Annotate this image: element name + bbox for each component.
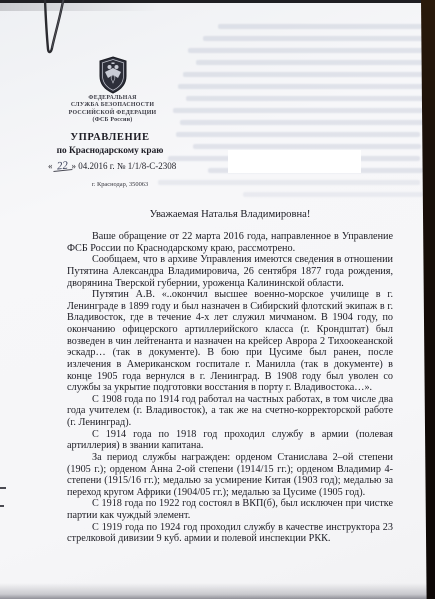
paperclip-icon [38,0,72,64]
org-line: СЛУЖБА БЕЗОПАСНОСТИ [40,102,185,109]
city-postcode-line: г. Краснодар, 350063 [50,181,190,188]
paragraph: С 1918 года по 1922 год состоял в ВКП(б)… [67,498,393,521]
bleedthrough-text [148,24,430,238]
fsb-emblem-icon [98,56,128,94]
scan-artifact [0,487,6,489]
scan-right-edge [421,0,435,599]
paragraph: Сообщаем, что в архиве Управления имеютс… [67,254,393,289]
scan-artifact [0,505,4,507]
paragraph: Ваше обращение от 22 марта 2016 года, на… [67,231,393,254]
org-line: ФЕДЕРАЛЬНАЯ [40,95,185,102]
department-title: УПРАВЛЕНИЕ [40,132,180,143]
letter-body: Уважаемая Наталья Владимировна! Ваше обр… [67,209,393,545]
salutation: Уважаемая Наталья Владимировна! [67,209,393,220]
department-region: по Краснодарскому краю [40,146,180,156]
org-line: РОССИЙСКОЙ ФЕДЕРАЦИИ [40,110,185,117]
org-name: ФЕДЕРАЛЬНАЯ СЛУЖБА БЕЗОПАСНОСТИ РОССИЙСК… [40,95,185,124]
date-number-text: » 04.2016 г. № 1/1/8-С-2308 [72,161,177,171]
org-line: (ФСБ России) [40,117,185,124]
paragraph: Путятин А.В. «..окончил высшее военно-мо… [67,289,393,394]
scanned-letter-page: ФЕДЕРАЛЬНАЯ СЛУЖБА БЕЗОПАСНОСТИ РОССИЙСК… [0,0,435,599]
paper-top-edge-shadow [0,2,160,11]
paragraph: С 1919 года по 1924 год проходил службу … [67,522,393,545]
date-and-number-line: «22» 04.2016 г. № 1/1/8-С-2308 [48,161,308,171]
paragraph: С 1914 года по 1918 год проходил службу … [67,429,393,452]
handwritten-day: 22 [52,161,72,172]
paragraph: За период службы награжден: орденом Стан… [67,452,393,499]
paper-bottom-shadow [0,583,435,599]
paragraph: С 1908 года по 1914 год работал на частн… [67,394,393,429]
